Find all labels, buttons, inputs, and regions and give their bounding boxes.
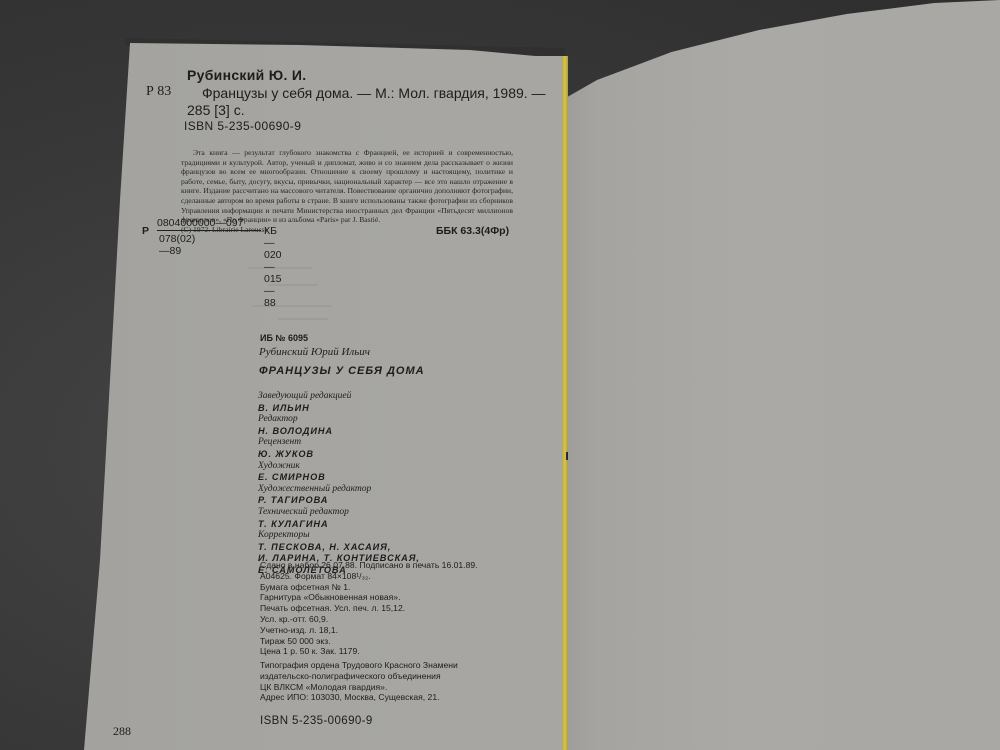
catalog-author: Рубинский Ю. И. [187,67,306,83]
credit-role: Корректоры [258,530,420,542]
gutter-mark [566,452,568,460]
credit-name: В. ИЛЬИН [258,403,420,415]
book-title: ФРАНЦУЗЫ У СЕБЯ ДОМА [259,365,425,377]
bbk-code: ББК 63.3(4Фр) [436,225,509,237]
credit-name: Е. СМИРНОВ [258,472,420,484]
credit-role: Редактор [258,414,420,426]
pub-info-line: Сдано в набор 26.07.88. Подписано в печа… [260,560,478,571]
ib-number: ИБ № 6095 [260,333,308,343]
credit-role: Рецензент [258,437,420,449]
credit-role: Художественный редактор [258,484,420,496]
book-spine-gutter [562,56,568,750]
kb-code: КБ—020—015—88 [264,225,282,309]
catalog-isbn: ISBN 5-235-00690-9 [184,119,301,133]
credit-name: Т. ПЕСКОВА, Н. ХАСАИЯ, [258,542,420,554]
pub-info-line: А04625. Формат 84×108¹/₃₂. [260,571,478,582]
pub-info-line: Гарнитура «Обыкновенная новая». [260,592,478,603]
fraction-denominator: 078(02)—89 [159,233,195,257]
abstract-text: Эта книга — результат глубокого знакомст… [181,148,513,224]
credits-list: Заведующий редакцией В. ИЛЬИН Редактор Н… [258,391,420,577]
printer-line: издательско-полиграфического объединения [260,671,458,682]
catalog-pages: 285 [3] с. [187,102,245,118]
show-through-text [278,318,328,320]
credit-name: Ю. ЖУКОВ [258,449,420,461]
credit-role: Художник [258,461,420,473]
pub-info-line: Цена 1 р. 50 к. Зак. 1179. [260,646,478,657]
credit-role: Технический редактор [258,507,420,519]
catalog-title-line: Французы у себя дома. — М.: Мол. гвардия… [202,85,546,101]
credit-role: Заведующий редакцией [258,391,420,403]
pub-info-line: Бумага офсетная № 1. [260,582,478,593]
page-number: 288 [113,724,131,739]
printer-line: ЦК ВЛКСМ «Молодая гвардия». [260,682,458,693]
author-full-name: Рубинский Юрий Ильич [259,346,370,358]
publication-details: Сдано в набор 26.07.88. Подписано в печа… [260,560,478,657]
printer-line: Адрес ИПО: 103030, Москва, Сущевская, 21… [260,692,458,703]
credit-name: Н. ВОЛОДИНА [258,426,420,438]
printer-info: Типография ордена Трудового Красного Зна… [260,660,458,703]
pub-info-line: Тираж 50 000 экз. [260,636,478,647]
fraction-numerator: 0804000000—097 [157,217,261,231]
credit-name: Т. КУЛАГИНА [258,519,420,531]
pub-info-line: Печать офсетная. Усл. печ. л. 15,12. [260,603,478,614]
library-class-code: Р 83 [146,84,171,100]
right-blank-page [562,0,1000,750]
printer-line: Типография ордена Трудового Красного Зна… [260,660,458,671]
credit-name: Р. ТАГИРОВА [258,495,420,507]
fraction-letter: Р [142,225,149,237]
pub-info-line: Учетно-изд. л. 18,1. [260,625,478,636]
pub-info-line: Усл. кр.-отт. 60,9. [260,614,478,625]
imprint-isbn: ISBN 5-235-00690-9 [260,715,373,727]
